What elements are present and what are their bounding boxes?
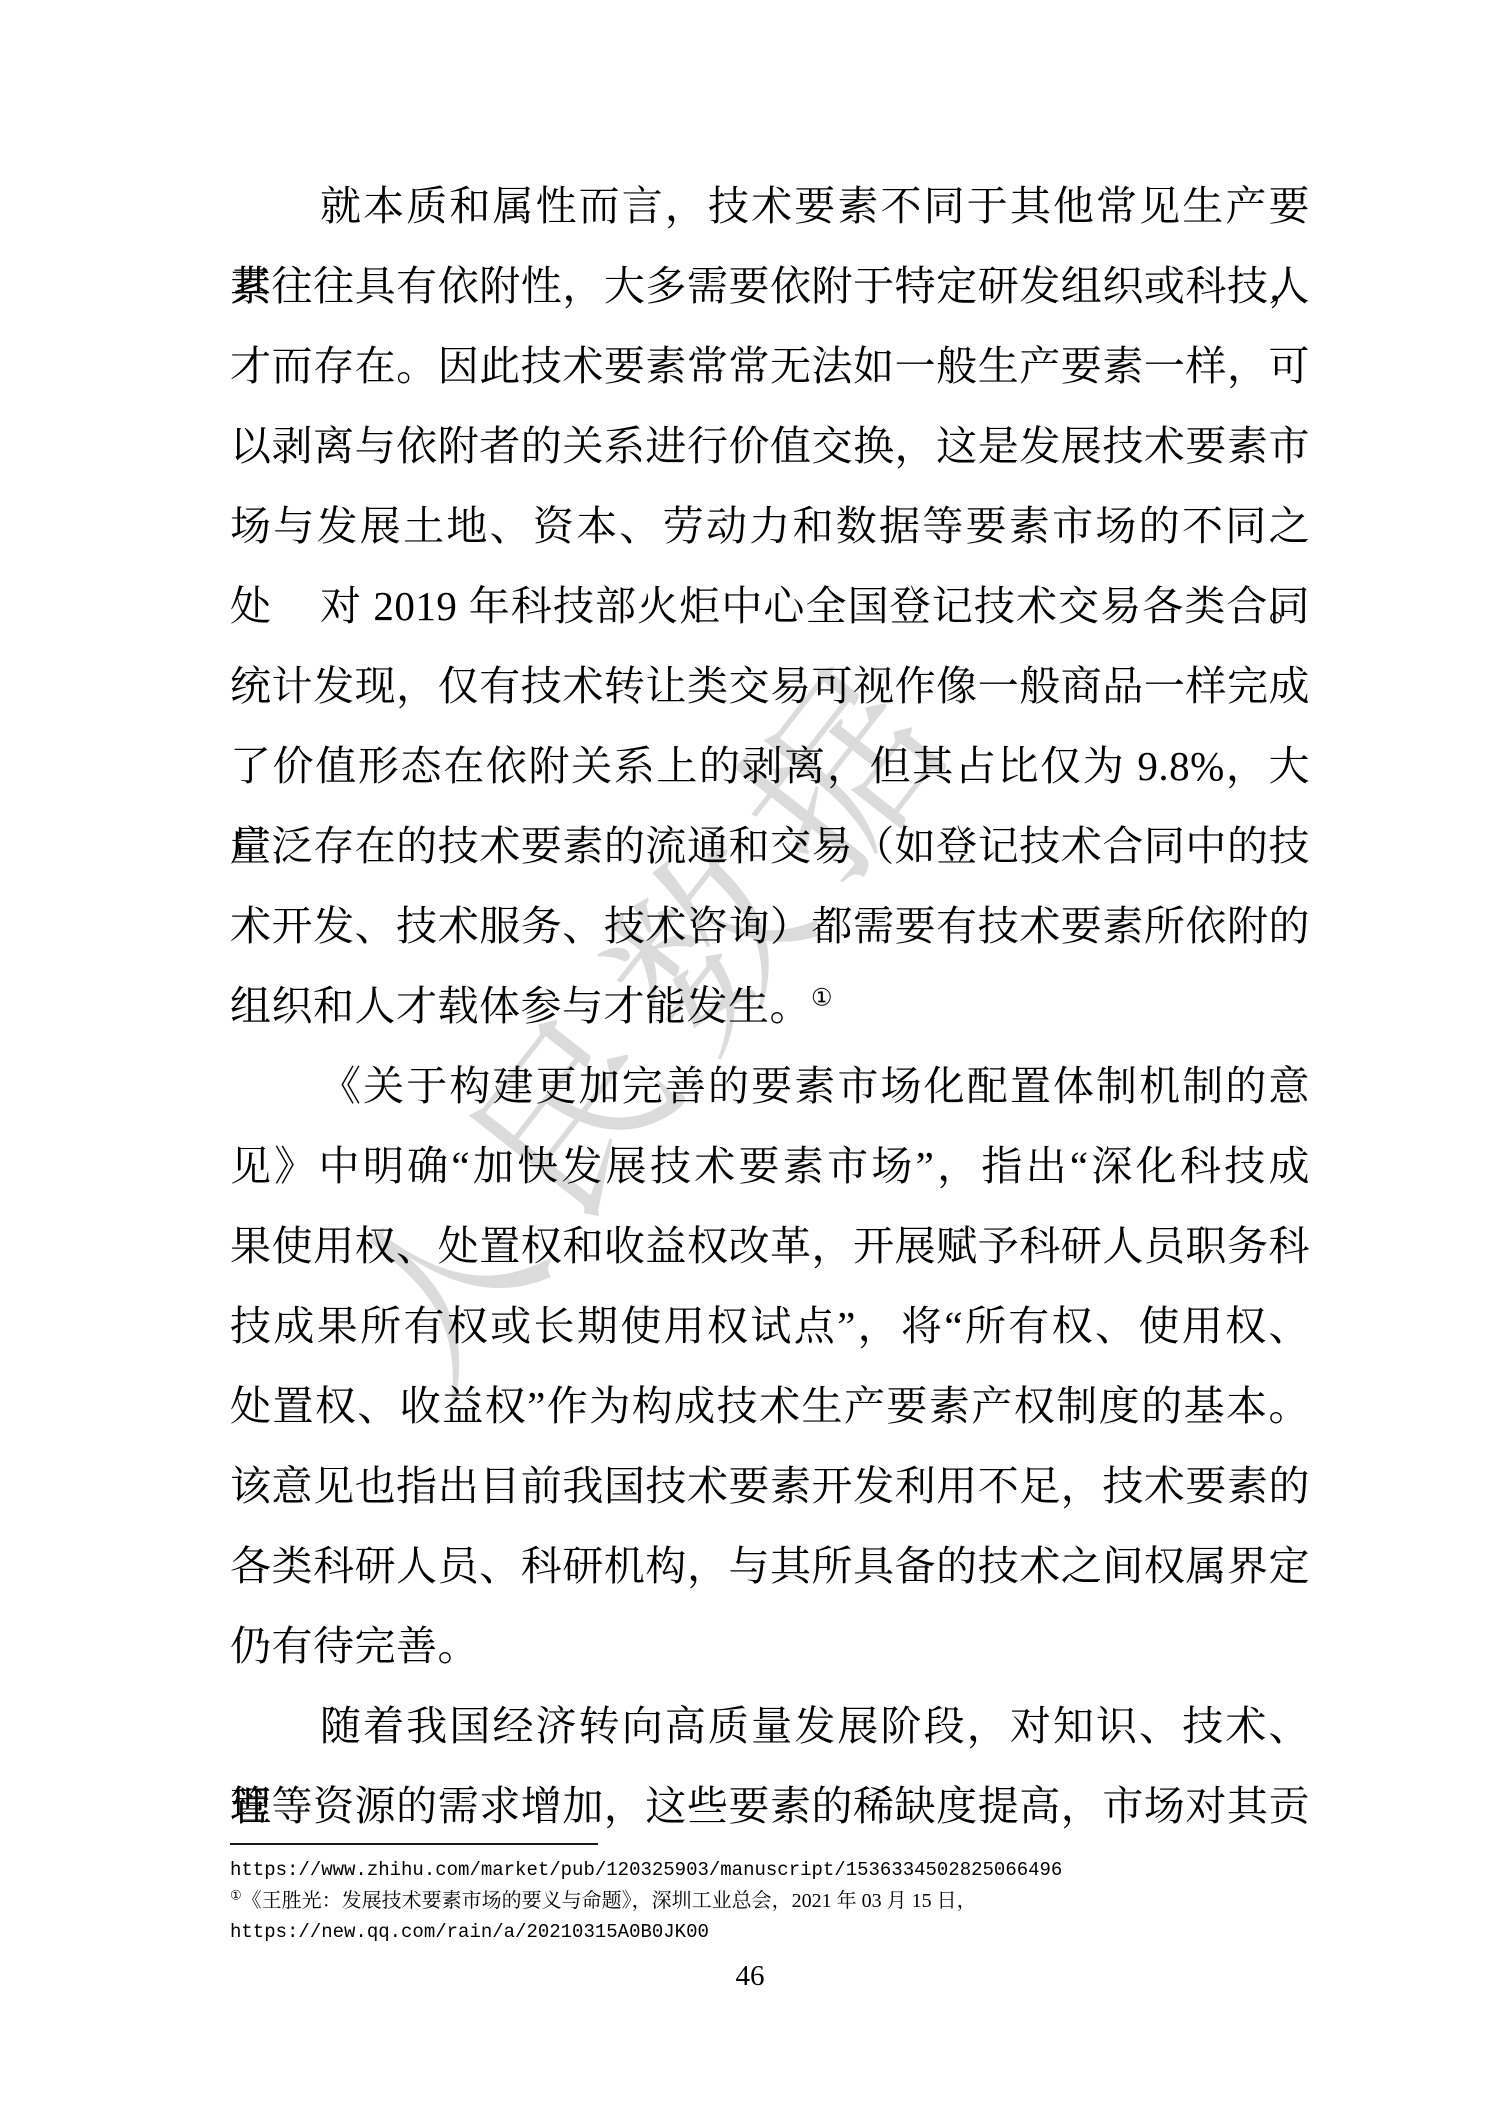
body-line: 《关于构建更加完善的要素市场化配置体制机制的意 [230,1046,1310,1126]
footnote-marker: ① [811,985,833,1011]
body-line: 该意见也指出目前我国技术要素开发利用不足，技术要素的 [230,1446,1310,1526]
body-line: 场与发展土地、资本、劳动力和数据等要素市场的不同之处。 [230,486,1310,566]
footnote-citation: ①《王胜光：发展技术要素市场的要义与命题》，深圳工业总会，2021 年 03 月… [230,1886,1310,1917]
body-line: 了价值形态在依附关系上的剥离，但其占比仅为 9.8%，大量 [230,726,1310,806]
body-line: 术开发、技术服务、技术咨询）都需要有技术要素所依附的 [230,886,1310,966]
body-line: 广泛存在的技术要素的流通和交易（如登记技术合同中的技 [230,806,1310,886]
body-line: 才而存在。因此技术要素常常无法如一般生产要素一样，可 [230,326,1310,406]
body-line: 各类科研人员、科研机构，与其所具备的技术之间权属界定 [230,1526,1310,1606]
page-number: 46 [0,1960,1500,1993]
footnote-section: https://www.zhihu.com/market/pub/1203259… [230,1843,1310,1948]
footnote-url-1: https://www.zhihu.com/market/pub/1203259… [230,1855,1310,1886]
footnote-url-2: https://new.qq.com/rain/a/20210315A0B0JK… [230,1917,1310,1948]
body-line: 以剥离与依附者的关系进行价值交换，这是发展技术要素市 [230,406,1310,486]
body-line: 见》中明确“加快发展技术要素市场”，指出“深化科技成 [230,1126,1310,1206]
footnote-citation-text: 《王胜光：发展技术要素市场的要义与命题》，深圳工业总会，2021 年 03 月 … [242,1890,977,1912]
body-line: 就本质和属性而言，技术要素不同于其他常见生产要素， [230,166,1310,246]
footnote-separator [230,1843,598,1845]
body-line: 处置权、收益权”作为构成技术生产要素产权制度的基本。 [230,1366,1310,1446]
body-line: 果使用权、处置权和收益权改革，开展赋予科研人员职务科 [230,1206,1310,1286]
body-line: 理等资源的需求增加，这些要素的稀缺度提高，市场对其贡 [230,1766,1310,1846]
document-page: 人民数据 就本质和属性而言，技术要素不同于其他常见生产要素， 其往往具有依附性，… [0,0,1500,2121]
body-line: 对 2019 年科技部火炬中心全国登记技术交易各类合同 [230,566,1310,646]
body-text: 就本质和属性而言，技术要素不同于其他常见生产要素， 其往往具有依附性，大多需要依… [230,166,1310,1846]
body-line: 随着我国经济转向高质量发展阶段，对知识、技术、管 [230,1686,1310,1766]
body-line: 其往往具有依附性，大多需要依附于特定研发组织或科技人 [230,246,1310,326]
footnote-marker: ① [230,1887,242,1902]
body-line: 统计发现，仅有技术转让类交易可视作像一般商品一样完成 [230,646,1310,726]
body-line: 仍有待完善。 [230,1606,1310,1686]
body-line-text: 组织和人才载体参与才能发生。 [230,983,811,1029]
body-line: 技成果所有权或长期使用权试点”，将“所有权、使用权、 [230,1286,1310,1366]
body-line: 组织和人才载体参与才能发生。① [230,966,1310,1046]
